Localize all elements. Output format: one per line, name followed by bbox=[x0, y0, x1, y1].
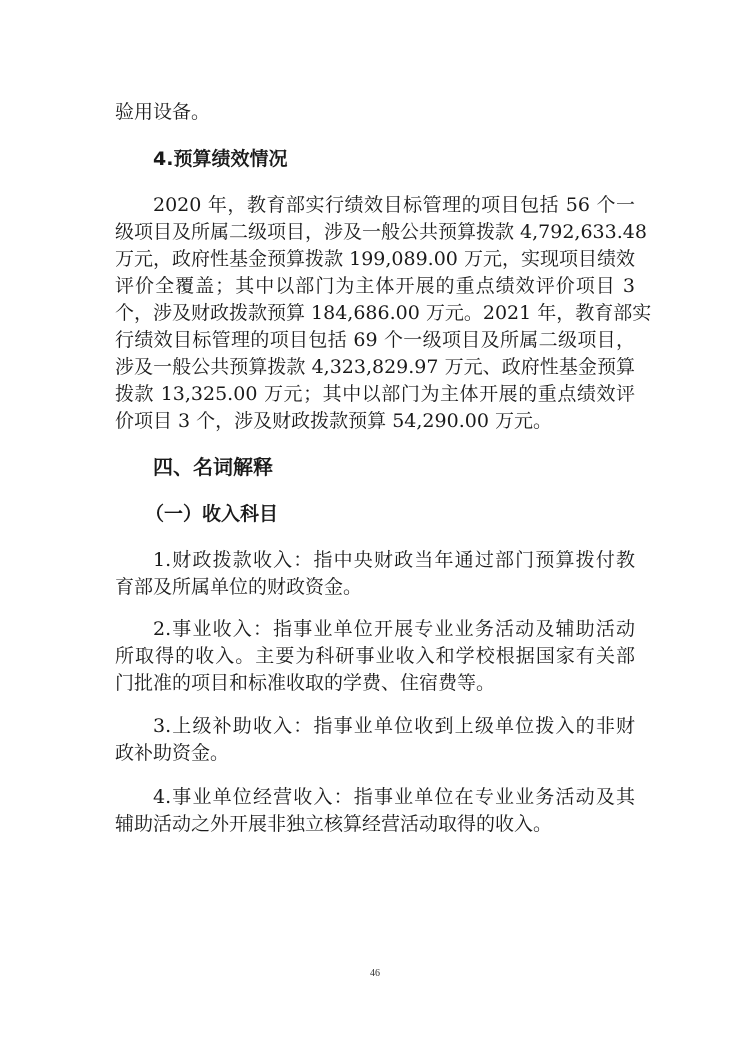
paragraph-line: 价项目 3 个，涉及财政拨款预算 54,290.00 万元。 bbox=[115, 409, 635, 433]
paragraph-line: 1.财政拨款收入：指中央财政当年通过部门预算拨付教 bbox=[153, 548, 635, 572]
paragraph-line: 门批准的项目和标准收取的学费、住宿费等。 bbox=[115, 671, 635, 695]
paragraph-line: 万元，政府性基金预算拨款 199,089.00 万元，实现项目绩效 bbox=[115, 247, 635, 271]
paragraph-line: 辅助活动之外开展非独立核算经营活动取得的收入。 bbox=[115, 812, 635, 836]
paragraph-line: 4.事业单位经营收入：指事业单位在专业业务活动及其 bbox=[153, 785, 635, 809]
paragraph-line: 涉及一般公共预算拨款 4,323,829.97 万元、政府性基金预算 bbox=[115, 355, 635, 379]
page-number: 46 bbox=[0, 968, 750, 979]
paragraph-line: 政补助资金。 bbox=[115, 741, 635, 765]
chapter-heading: 四、名词解释 bbox=[153, 455, 635, 479]
subsection-heading: （一）收入科目 bbox=[145, 502, 665, 526]
paragraph-line: 行绩效目标管理的项目包括 69 个一级项目及所属二级项目， bbox=[115, 328, 635, 352]
document-page: 验用设备。 4.预算绩效情况 2020 年，教育部实行绩效目标管理的项目包括 5… bbox=[0, 0, 750, 1060]
paragraph-line: 个，涉及财政拨款预算 184,686.00 万元。2021 年，教育部实 bbox=[115, 301, 635, 325]
paragraph-line: 育部及所属单位的财政资金。 bbox=[115, 575, 635, 599]
paragraph-line: 3.上级补助收入：指事业单位收到上级单位拨入的非财 bbox=[153, 714, 635, 738]
paragraph-line: 级项目及所属二级项目，涉及一般公共预算拨款 4,792,633.48 bbox=[115, 220, 635, 244]
paragraph-line: 2020 年，教育部实行绩效目标管理的项目包括 56 个一 bbox=[153, 193, 635, 217]
paragraph-line: 评价全覆盖；其中以部门为主体开展的重点绩效评价项目 3 bbox=[115, 274, 635, 298]
paragraph-line: 所取得的收入。主要为科研事业收入和学校根据国家有关部 bbox=[115, 644, 635, 668]
section-heading: 4.预算绩效情况 bbox=[153, 147, 635, 171]
paragraph-line: 2.事业收入：指事业单位开展专业业务活动及辅助活动 bbox=[153, 617, 635, 641]
paragraph-line: 验用设备。 bbox=[115, 100, 635, 124]
paragraph-line: 拨款 13,325.00 万元；其中以部门为主体开展的重点绩效评 bbox=[115, 382, 635, 406]
